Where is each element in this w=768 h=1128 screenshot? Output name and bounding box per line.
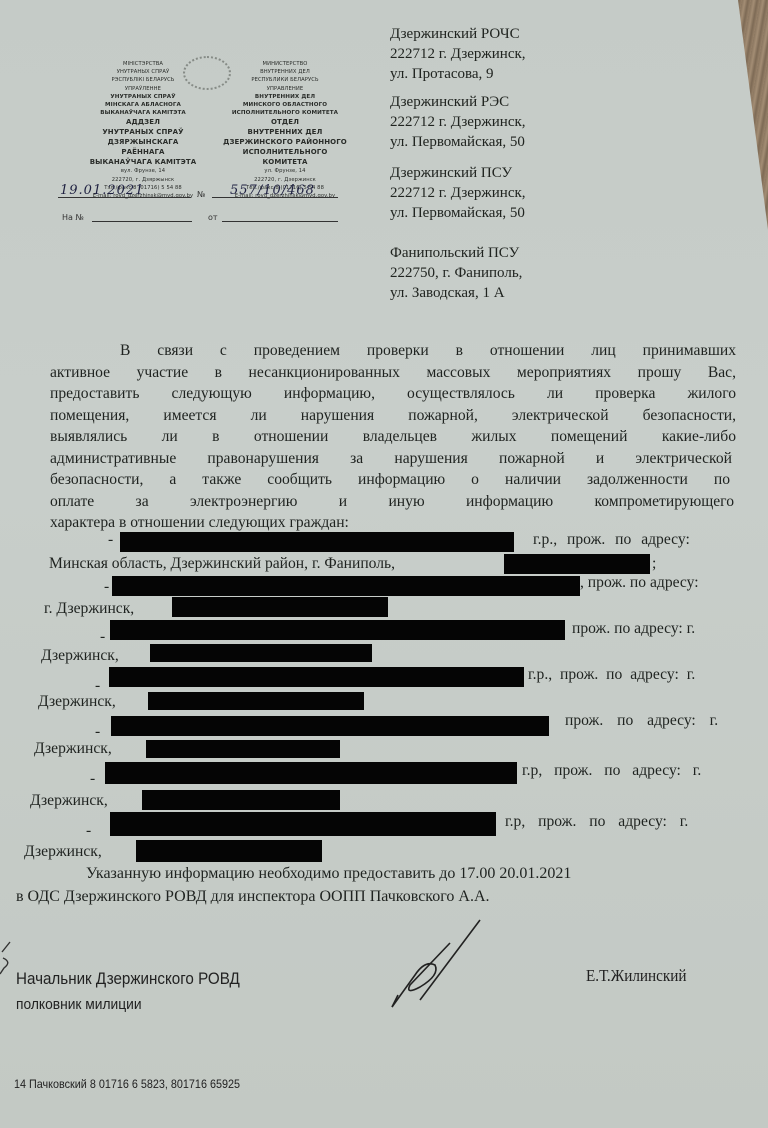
deadline-line-2: в ОДС Дзержинского РОВД для инспектора О… — [16, 888, 490, 906]
redacted-address — [136, 840, 322, 862]
redacted-person-name — [111, 716, 549, 736]
person-suffix: г.р, прож. по адресу: г. — [505, 813, 688, 831]
person-address: Дзержинск, — [34, 740, 112, 758]
letterhead-line: УПРАЎЛЕННЕ — [86, 85, 200, 93]
ref-number-label: На № — [62, 213, 84, 222]
redacted-person-name — [120, 532, 514, 552]
letterhead-line: МІНСКАГА АБЛАСНОГА — [86, 101, 200, 109]
person-suffix: г.р., прож. по адресу: — [533, 531, 690, 549]
letterhead-title: ВЫКАНАЎЧАГА КАМІТЭТА — [86, 157, 200, 167]
letterhead-line: ВНУТРЕННИХ ДЕЛ — [222, 93, 348, 101]
paragraph-line: оплате за электроэнергию и иную информац… — [50, 491, 734, 513]
document-date: 19.01.2021 — [60, 183, 144, 198]
recipient-psu-dzerzhinsk: Дзержинский ПСУ 222712 г. Дзержинск, ул.… — [390, 163, 526, 223]
list-dash: - — [95, 723, 100, 741]
letterhead-title: ДЗЕРЖИНСКОГО РАЙОННОГО — [222, 137, 348, 147]
recipient-name: Дзержинский ПСУ — [390, 163, 526, 183]
list-dash: - — [104, 578, 109, 596]
list-dash: - — [86, 822, 91, 840]
person-suffix: г.р, прож. по адресу: г. — [522, 762, 701, 780]
recipient-rochs: Дзержинский РОЧС 222712 г. Дзержинск, ул… — [390, 24, 526, 84]
recipient-res: Дзержинский РЭС 222712 г. Дзержинск, ул.… — [390, 92, 526, 152]
letterhead-title: УНУТРАНЫХ СПРАЎ — [86, 127, 200, 137]
paragraph-line: В связи с проведением проверки в отношен… — [50, 340, 736, 362]
signatory-name: Е.Т.Жилинский — [586, 966, 687, 986]
redacted-person-name — [109, 667, 524, 687]
redacted-address — [172, 597, 388, 617]
redacted-person-name — [105, 762, 517, 784]
letterhead-title: ИСПОЛНИТЕЛЬНОГО КОМИТЕТА — [222, 147, 348, 167]
letterhead-left: МІНІСТЭРСТВА УНУТРАНЫХ СПРАЎ РЭСПУБЛІКІ … — [86, 60, 200, 200]
list-dash: - — [100, 628, 105, 646]
recipient-street: ул. Первомайская, 50 — [390, 132, 526, 152]
letterhead-line: ВЫКАНАЎЧАГА КАМІТЭТА — [86, 109, 200, 117]
letterhead-title: ДЗЯРЖЫНСКАГА РАЁННАГА — [86, 137, 200, 157]
redacted-address — [504, 554, 650, 574]
paragraph-line: активное участие в несанкционированных м… — [50, 362, 736, 384]
recipient-city: 222712 г. Дзержинск, — [390, 112, 526, 132]
redacted-address — [150, 644, 372, 662]
list-dash: - — [90, 770, 95, 788]
recipient-street: ул. Заводская, 1 А — [390, 283, 522, 303]
recipient-street: ул. Первомайская, 50 — [390, 203, 526, 223]
redacted-person-name — [110, 812, 496, 836]
handwritten-signature-icon — [380, 915, 490, 1015]
letterhead-line: ВНУТРЕННИХ ДЕЛ — [222, 68, 348, 76]
number-label: № — [197, 190, 205, 199]
recipient-city: 222712 г. Дзержинск, — [390, 183, 526, 203]
letterhead-line: РЭСПУБЛІКІ БЕЛАРУСЬ — [86, 76, 200, 84]
signatory-position: Начальник Дзержинского РОВД — [16, 970, 240, 989]
letterhead-line: РЕСПУБЛИКИ БЕЛАРУСЬ — [222, 76, 348, 84]
executor-footer: 14 Пачковский 8 01716 6 5823, 801716 659… — [14, 1077, 240, 1091]
recipient-city: 222750, г. Фаниполь, — [390, 263, 522, 283]
letterhead-contact: вул. Фрунзе, 14 — [86, 167, 200, 175]
person-address: Дзержинск, — [24, 843, 102, 861]
date-underline — [58, 197, 191, 198]
letterhead-contact: ул. Фрунзе, 14 — [222, 167, 348, 175]
redacted-address — [146, 740, 340, 758]
list-dash: - — [108, 531, 113, 549]
corner-mark-icon — [0, 940, 16, 980]
letterhead-right: МИНИСТЕРСТВО ВНУТРЕННИХ ДЕЛ РЕСПУБЛИКИ Б… — [222, 60, 348, 200]
request-paragraph: В связи с проведением проверки в отношен… — [50, 340, 736, 534]
letterhead-line: УПРАВЛЕНИЕ — [222, 85, 348, 93]
recipient-psu-fanipol: Фанипольский ПСУ 222750, г. Фаниполь, ул… — [390, 243, 522, 303]
redacted-person-name — [112, 576, 580, 596]
person-address: г. Дзержинск, — [44, 600, 134, 618]
recipient-city: 222712 г. Дзержинск, — [390, 44, 526, 64]
paragraph-line: предоставить следующую информацию, осуще… — [50, 383, 736, 405]
redacted-address — [148, 692, 364, 710]
paragraph-line: выявлялись ли в отношении владельцев жил… — [50, 426, 736, 448]
person-suffix: прож. по адресу: г. — [565, 712, 718, 730]
signatory-rank: полковник милиции — [16, 996, 142, 1013]
letterhead-title: ВНУТРЕННИХ ДЕЛ — [222, 127, 348, 137]
paragraph-line: безопасности, а также сообщить информаци… — [50, 469, 730, 491]
recipient-name: Дзержинский РЭС — [390, 92, 526, 112]
letterhead-line: МІНІСТЭРСТВА — [86, 60, 200, 68]
number-underline — [212, 197, 338, 198]
ref-date-label: от — [208, 213, 218, 222]
person-suffix: прож. по адресу: г. — [572, 620, 695, 638]
recipient-street: ул. Протасова, 9 — [390, 64, 526, 84]
paragraph-line: помещения, имеется ли нарушения пожарной… — [50, 405, 736, 427]
person-suffix: , прож. по адресу: — [580, 574, 699, 592]
document-page: МІНІСТЭРСТВА УНУТРАНЫХ СПРАЎ РЭСПУБЛІКІ … — [0, 0, 768, 1128]
letterhead-line: МИНИСТЕРСТВО — [222, 60, 348, 68]
paragraph-line: административные правонарушения за наруш… — [50, 448, 732, 470]
letterhead-line: ИСПОЛНИТЕЛЬНОГО КОМИТЕТА — [222, 109, 348, 117]
recipient-name: Дзержинский РОЧС — [390, 24, 526, 44]
ref-date-underline — [222, 221, 338, 222]
recipient-name: Фанипольский ПСУ — [390, 243, 522, 263]
document-number: 557/10/468 — [230, 183, 315, 198]
deadline-line-1: Указанную информацию необходимо предоста… — [86, 865, 571, 883]
address-end: ; — [652, 555, 656, 573]
redacted-address — [142, 790, 340, 810]
person-address: Минская область, Дзержинский район, г. Ф… — [49, 555, 395, 573]
letterhead-title: ОТДЕЛ — [222, 117, 348, 127]
person-address: Дзержинск, — [30, 792, 108, 810]
person-address: Дзержинск, — [41, 647, 119, 665]
redacted-person-name — [110, 620, 565, 640]
person-address: Дзержинск, — [38, 693, 116, 711]
letterhead-line: МИНСКОГО ОБЛАСТНОГО — [222, 101, 348, 109]
letterhead-title: АДДЗЕЛ — [86, 117, 200, 127]
ref-underline — [92, 221, 192, 222]
person-suffix: г.р., прож. по адресу: г. — [528, 666, 695, 684]
letterhead-line: УНУТРАНЫХ СПРАЎ — [86, 93, 200, 101]
